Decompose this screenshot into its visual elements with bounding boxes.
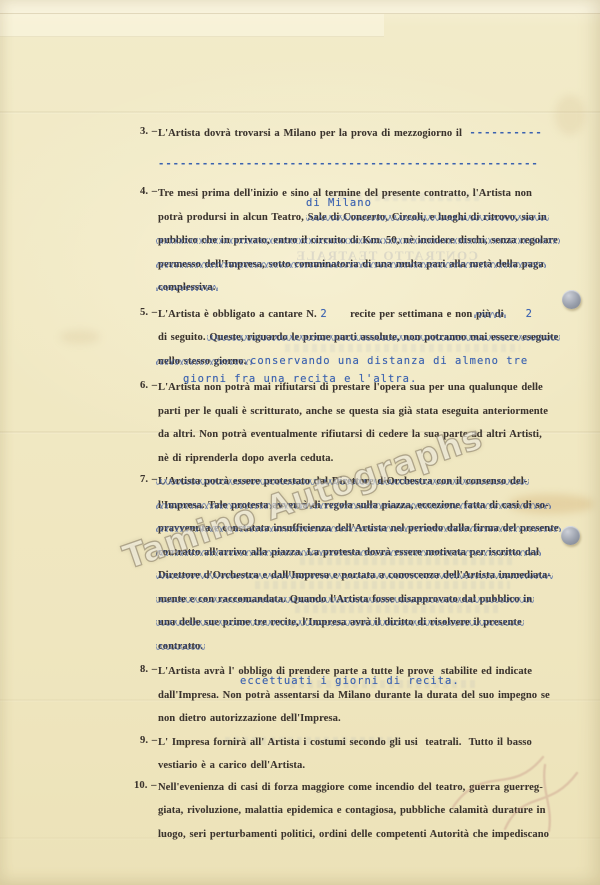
struck-text: pravvenuta e constatata insufficienza de… [158,523,559,534]
text-line: permesso dell'Impresa, sotto comminatori… [158,251,538,275]
text-line: pubblico che in privato, entro il circui… [158,227,538,251]
clause-number: 8. – [140,658,161,682]
printed-text: vestiario è a carico dell'Artista. [158,760,305,771]
struck-text: mente e con raccomandata. Quando l'Artis… [158,594,532,605]
clause-8: 8. – L'Artista avrà l' obbligo di prende… [140,658,538,729]
text-line: complessiva. [158,274,538,298]
scan-top-edge-left [0,14,384,37]
text-line: L'Artista è obbligato a cantare N. 2 rec… [158,301,538,325]
text-line: Direttore d'Orchestra e dall'Impresa e p… [158,562,538,586]
printed-text: potrà prodursi in alcun Teatro, [158,212,308,223]
hole-punch [561,526,580,545]
hole-punch [562,290,581,309]
typed-insert: 2 [320,308,327,320]
fold-crease [0,111,600,114]
struck-text: Direttore d'Orchestra e dall'Impresa e p… [158,570,551,581]
struck-text: Sale di Concerto, Circoli, e luoghi di r… [308,212,547,223]
text-line: nè di riprenderla dopo averla ceduta. [158,445,538,469]
printed-text: dall'Impresa. Non potrà assentarsi da Mi… [158,690,550,701]
typed-insert: di Milano [306,197,372,209]
printed-text: L'Artista dovrà trovarsi a Milano per la… [158,128,469,139]
text-line: mente e con raccomandata. Quando l'Artis… [158,586,538,610]
text-line: L'Artista non potrà mai rifiutarsi di pr… [158,374,538,398]
struck-text: L'Artista potrà essere protestato dal Di… [158,476,527,487]
typed-insert: eccettuati i giorni di recita. [240,675,460,687]
clause-number: 5. – [140,301,161,325]
text-line: contratto. [158,633,538,657]
printed-text: parti per le quali è scritturato, anche … [158,406,548,417]
printed-text: di seguito. [158,332,209,343]
clause-3: 3. – L'Artista dovrà trovarsi a Milano p… [140,120,538,174]
struck-text: complessiva. [158,282,216,293]
clause-number: 9. – [140,729,161,753]
scan-top-edge [0,0,600,14]
struck-text: una delle sue prime tre recite, l'Impres… [158,617,522,628]
clause-6: 6. – L'Artista non potrà mai rifiutarsi … [140,374,538,468]
text-line: parti per le quali è scritturato, anche … [158,398,538,422]
printed-text: da altri. Non potrà eventualmente rifiut… [158,429,542,440]
struck-text: contratto all'arrivo alla piazza. La pro… [158,547,539,558]
text-line: da altri. Non potrà eventualmente rifiut… [158,421,538,445]
struck-text: contratto. [158,641,203,652]
typed-insert: 2 [504,308,533,320]
struck-text: più di [476,309,504,320]
struck-text: Queste, riguardo le prime parti assolute… [209,332,558,343]
clause-7: 7. – L'Artista potrà essere protestato d… [140,468,538,656]
contract-body: 3. – L'Artista dovrà trovarsi a Milano p… [140,120,538,844]
printed-text: non dietro autorizzazione dell'Impresa. [158,713,341,724]
text-line: di seguito. Queste, riguardo le prime pa… [158,324,538,348]
struck-text: permesso dell'Impresa, sotto comminatori… [158,259,544,270]
struck-text: l'Impresa. Tale protesta avverrà di rego… [158,500,549,511]
printed-text: recite per settimana e non [328,309,476,320]
clause-number: 10. – [134,774,160,798]
typed-insert: conservando una distanza di almeno tre [250,355,528,367]
paper-stain [555,95,585,135]
text-line: l'Impresa. Tale protesta avverrà di rego… [158,492,538,516]
text-line: nello stesso giorno. conservando una dis… [158,348,538,372]
printed-text: nè di riprenderla dopo averla ceduta. [158,453,333,464]
printed-text: L'Artista è obbligato a cantare N. [158,309,320,320]
clause-number: 6. – [140,374,161,398]
typed-dashes: ---------- [469,127,542,139]
contract-page-scan: CONTRATTO TEATRALE 3. – L'Artista dovrà … [0,0,600,885]
text-line: contratto all'arrivo alla piazza. La pro… [158,539,538,563]
paper-stain [60,330,100,344]
clause-number: 4. – [140,180,161,204]
struck-text: pubblico che in privato, entro il circui… [158,235,558,246]
text-line: non dietro autorizzazione dell'Impresa. [158,705,538,729]
typed-dashes: ----------------------------------------… [158,158,539,170]
text-line: pravvenuta e constatata insufficienza de… [158,515,538,539]
pencil-squiggle [445,745,595,855]
clause-4: 4. – Tre mesi prima dell'inizio e sino a… [140,180,538,298]
clause-number: 3. – [140,120,161,144]
struck-text: nello stesso giorno. [158,356,250,367]
clause-5: 5. – L'Artista è obbligato a cantare N. … [140,301,538,385]
text-line: una delle sue prime tre recite, l'Impres… [158,609,538,633]
printed-text: L'Artista non potrà mai rifiutarsi di pr… [158,382,543,393]
text-line: L'Artista potrà essere protestato dal Di… [158,468,538,492]
text-line: L'Artista dovrà trovarsi a Milano per la… [158,120,538,144]
text-line: ----------------------------------------… [158,151,538,175]
